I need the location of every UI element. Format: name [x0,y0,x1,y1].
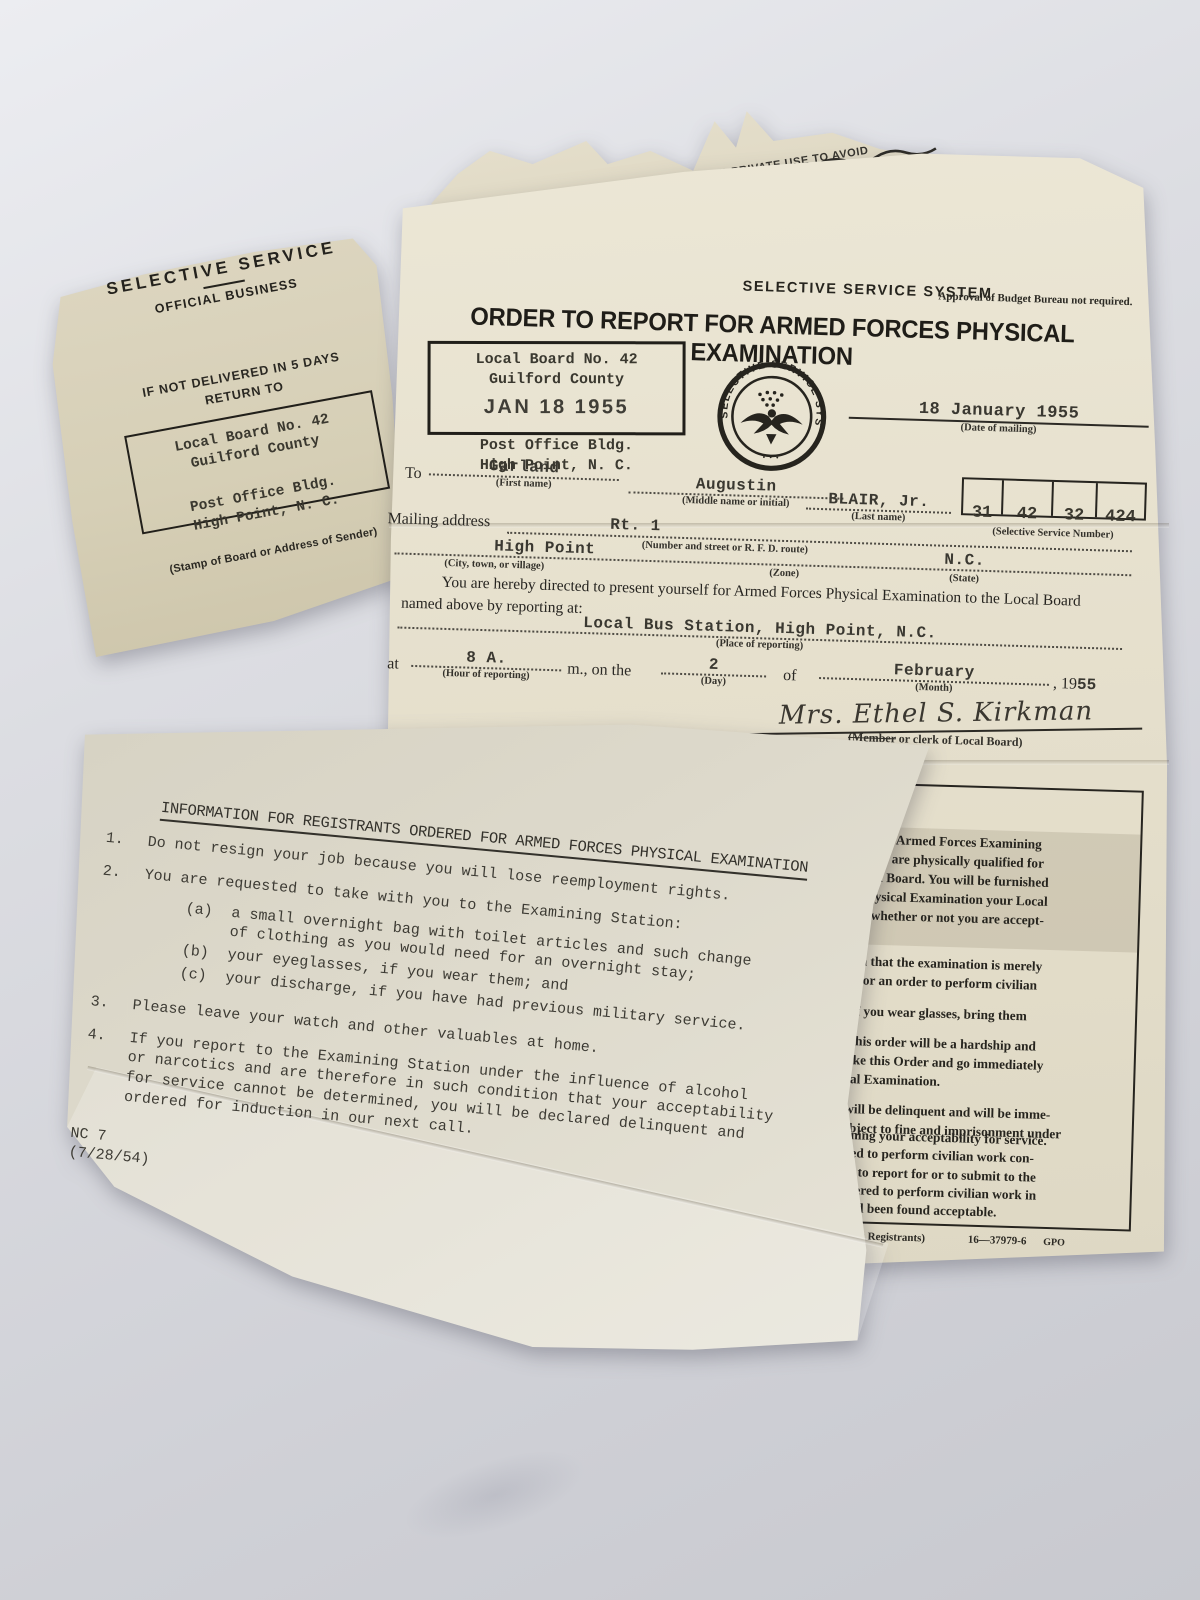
ssn-box-2: 42 [1017,505,1038,525]
selective-service-seal-icon: SELECTIVE SERVICE SYSTEM · · · [713,358,830,475]
envelope-content: SELECTIVE SERVICE OFFICIAL BUSINESS IF N… [67,231,427,585]
mailing-address-value: Rt. 1 [575,515,695,537]
background-smudge [394,1432,596,1557]
footer-print-number: 16—37979-6 [968,1234,1027,1248]
hour-after-text: m., on the [567,661,632,681]
item-3-number: 3. [90,992,118,1014]
item-2-number: 2. [102,862,130,884]
seal-eagle-icon [740,390,804,445]
year-typed: 55 [1077,676,1097,695]
year-text: , 1955 [1053,675,1097,694]
ssn-box-3: 32 [1063,506,1084,526]
information-letter: INFORMATION FOR REGISTRANTS ORDERED FOR … [52,698,942,1363]
of-label: of [783,667,797,685]
footer-gpo-mark: GPO [1043,1237,1065,1249]
seal-ring-text: SELECTIVE SERVICE SYSTEM [713,358,826,428]
last-name-field: BLAIR, Jr. (Last name) [806,490,952,525]
form-stamp-board: Local Board No. 42 [431,350,683,370]
state-value: N.C. [924,550,1004,570]
photo-of-documents: { "scrap": { "penalty_line1": "PENALTY F… [0,0,1200,1600]
first-name-field: Garland (First name) [429,455,620,492]
form-received-date-stamp: JAN 18 1955 [430,396,682,419]
year-printed: , 19 [1053,675,1077,693]
form-local-board-stamp-box: Local Board No. 42 Guilford County JAN 1… [427,341,685,435]
item-2a-label: (a) [183,899,221,942]
svg-text:SELECTIVE SERVICE SYSTEM: SELECTIVE SERVICE SYSTEM [713,358,826,428]
item-2c-label: (c) [179,964,215,987]
form-stamp-building: Post Office Bldg. [430,436,682,456]
mailing-address-label: Mailing address [387,510,490,531]
ssn-box-1: 31 [972,504,993,524]
return-envelope: SELECTIVE SERVICE OFFICIAL BUSINESS IF N… [25,225,420,675]
form-stamp-county: Guilford County [431,369,683,389]
item-2b-label: (b) [181,942,217,965]
letter-content: INFORMATION FOR REGISTRANTS ORDERED FOR … [76,794,907,1237]
seal-ring-dots: · · · [762,452,779,465]
ssn-box-4: 424 [1105,507,1136,527]
item-1-number: 1. [105,829,133,851]
at-label: at [387,655,399,673]
to-label: To [405,465,422,483]
hour-field: 8 A. (Hour of reporting) [411,647,562,682]
day-field: 2 (Day) [661,654,767,688]
